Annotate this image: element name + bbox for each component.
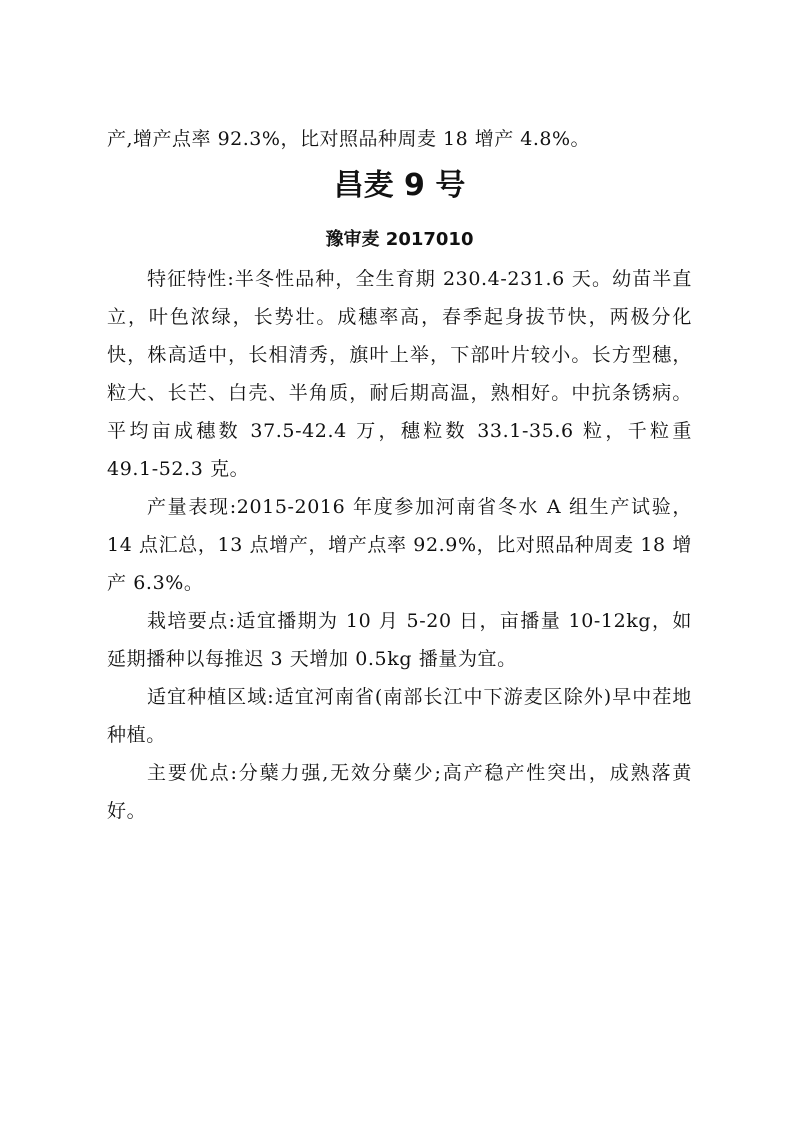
approval-number: 豫审麦 2017010 — [107, 220, 692, 260]
paragraph-cultivation: 栽培要点:适宜播期为 10 月 5-20 日，亩播量 10-12kg，如延期播种… — [107, 602, 692, 678]
document-page: 产,增产点率 92.3%，比对照品种周麦 18 增产 4.8%。 昌麦 9 号 … — [107, 120, 692, 830]
paragraph-characteristics: 特征特性:半冬性品种，全生育期 230.4-231.6 天。幼苗半直立，叶色浓绿… — [107, 260, 692, 488]
variety-title: 昌麦 9 号 — [107, 166, 692, 206]
paragraph-advantages: 主要优点:分蘖力强,无效分蘖少;高产稳产性突出，成熟落黄好。 — [107, 754, 692, 830]
paragraph-region: 适宜种植区域:适宜河南省(南部长江中下游麦区除外)早中茬地种植。 — [107, 678, 692, 754]
continued-text-line: 产,增产点率 92.3%，比对照品种周麦 18 增产 4.8%。 — [107, 120, 692, 158]
paragraph-yield: 产量表现:2015-2016 年度参加河南省冬水 A 组生产试验，14 点汇总，… — [107, 488, 692, 602]
